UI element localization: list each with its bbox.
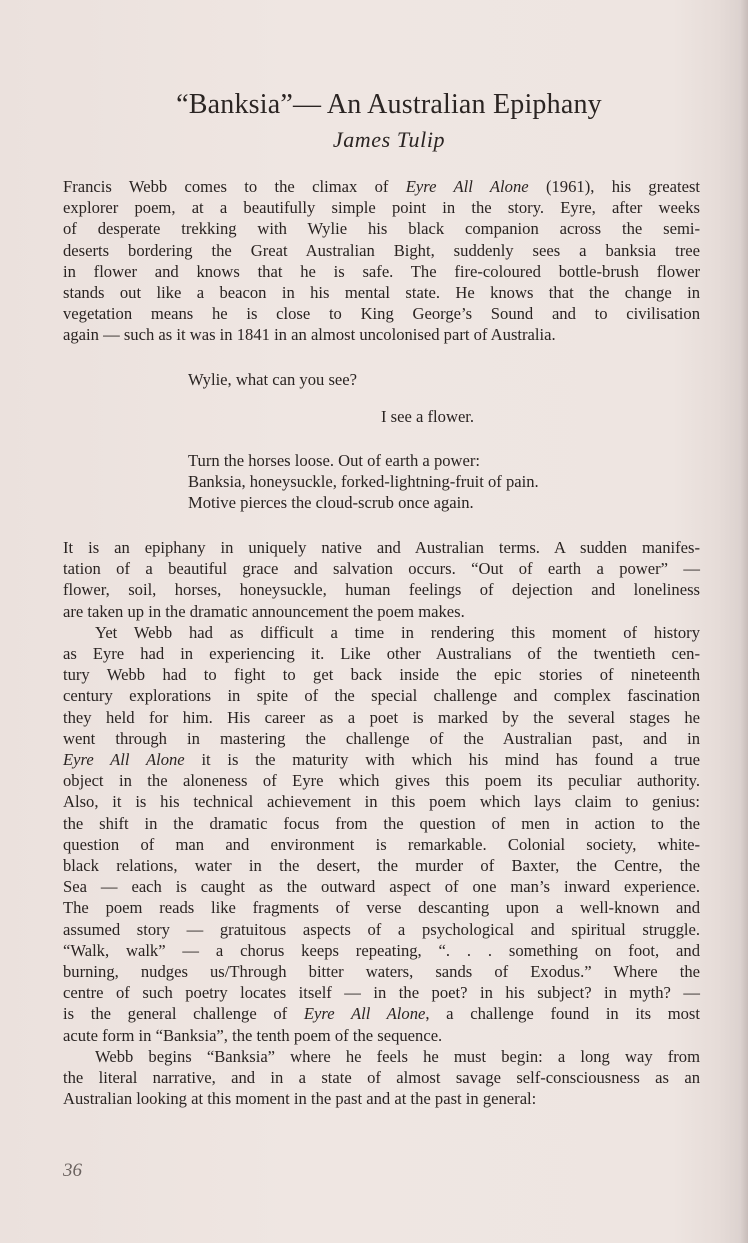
text-line: again — such as it was in 1841 in an alm… [63, 324, 700, 345]
text-line: Francis Webb comes to the climax of Eyre… [63, 176, 700, 197]
text-line: Eyre All Alone it is the maturity with w… [63, 749, 700, 770]
text-line: question of man and environment is remar… [63, 834, 700, 855]
verse-stanza: Turn the horses loose. Out of earth a po… [188, 450, 539, 514]
text-line: acute form in “Banksia”, the tenth poem … [63, 1025, 700, 1046]
page-number: 36 [63, 1160, 82, 1182]
text-line: Also, it is his technical achievement in… [63, 791, 700, 812]
article-author: James Tulip [0, 126, 748, 154]
text-line: Webb begins “Banksia” where he feels he … [63, 1046, 700, 1067]
text-line: burning, nudges us/Through bitter waters… [63, 961, 700, 982]
text-line: the literal narrative, and in a state of… [63, 1067, 700, 1088]
text-line: they held for him. His career as a poet … [63, 707, 700, 728]
paragraph: Francis Webb comes to the climax of Eyre… [63, 176, 700, 346]
italic-title: Eyre All Alone [63, 750, 185, 769]
text-line: vegetation means he is close to King Geo… [63, 303, 700, 324]
text-line: explorer poem, at a beautifully simple p… [63, 197, 700, 218]
text-line: object in the aloneness of Eyre which gi… [63, 770, 700, 791]
text-line: flower, soil, horses, honeysuckle, human… [63, 579, 700, 600]
verse-line: Turn the horses loose. Out of earth a po… [188, 450, 539, 471]
text-line: centre of such poetry locates itself — i… [63, 982, 700, 1003]
paragraph: Yet Webb had as difficult a time in rend… [63, 622, 700, 1046]
text-line: The poem reads like fragments of verse d… [63, 897, 700, 918]
text-line: is the general challenge of Eyre All Alo… [63, 1003, 700, 1024]
verse-line: Banksia, honeysuckle, forked-lightning-f… [188, 471, 539, 492]
verse-line-answer: I see a flower. [381, 406, 474, 427]
verse-line-question: Wylie, what can you see? [188, 369, 357, 390]
text-line: the shift in the dramatic focus from the… [63, 813, 700, 834]
text-line: Australian looking at this moment in the… [63, 1088, 700, 1109]
intro-paragraph: Francis Webb comes to the climax of Eyre… [63, 176, 700, 346]
verse-line: Wylie, what can you see? [188, 369, 357, 390]
text-line: tury Webb had to fight to get back insid… [63, 664, 700, 685]
text-line: deserts bordering the Great Australian B… [63, 240, 700, 261]
text-line: black relations, water in the desert, th… [63, 855, 700, 876]
text-line: Yet Webb had as difficult a time in rend… [63, 622, 700, 643]
text-line: “Walk, walk” — a chorus keeps repeating,… [63, 940, 700, 961]
text-line: tation of a beautiful grace and salvatio… [63, 558, 700, 579]
text-line: assumed story — gratuitous aspects of a … [63, 919, 700, 940]
text-line: century explorations in spite of the spe… [63, 685, 700, 706]
paragraph: Webb begins “Banksia” where he feels he … [63, 1046, 700, 1110]
text-line: stands out like a beacon in his mental s… [63, 282, 700, 303]
text-line: in flower and knows that he is safe. The… [63, 261, 700, 282]
text-line: went through in mastering the challenge … [63, 728, 700, 749]
italic-title: Eyre All Alone [406, 177, 529, 196]
text-line: are taken up in the dramatic announcemen… [63, 601, 700, 622]
text-line: Sea — each is caught as the outward aspe… [63, 876, 700, 897]
paragraph: It is an epiphany in uniquely native and… [63, 537, 700, 622]
text-line: of desperate trekking with Wylie his bla… [63, 218, 700, 239]
italic-title: Eyre All Alone [304, 1004, 426, 1023]
text-line: It is an epiphany in uniquely native and… [63, 537, 700, 558]
page-edge-shadow [740, 0, 748, 1243]
article-title: “Banksia”— An Australian Epiphany [0, 88, 748, 122]
body-text: It is an epiphany in uniquely native and… [63, 537, 700, 1109]
book-page: “Banksia”— An Australian Epiphany James … [0, 0, 748, 1243]
verse-line: Motive pierces the cloud-scrub once agai… [188, 492, 539, 513]
text-line: as Eyre had in experiencing it. Like oth… [63, 643, 700, 664]
